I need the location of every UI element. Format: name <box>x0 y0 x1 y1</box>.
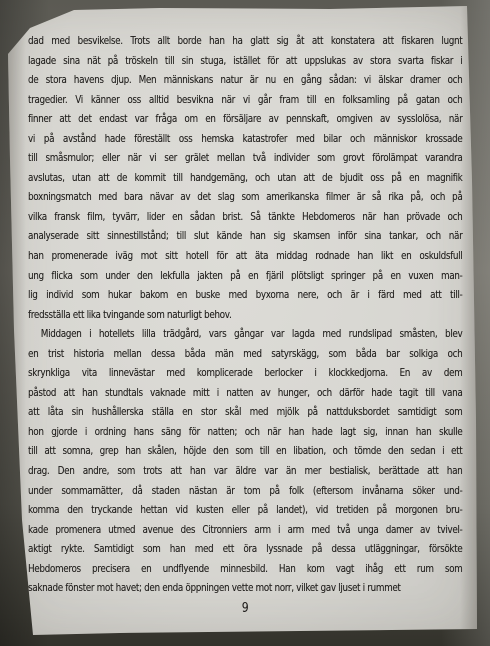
text-line: lagade sina nät på tröskeln till sin stu… <box>28 51 462 71</box>
scanned-page-photo: dad med besvikelse. Trots allt borde han… <box>0 0 490 646</box>
page-number: 9 <box>28 599 462 619</box>
text-line: kade promenera utmed avenue des Citronni… <box>28 520 462 540</box>
book-page: dad med besvikelse. Trots allt borde han… <box>0 0 490 646</box>
text-line: drag. Den andre, som trots att han var ä… <box>28 461 462 481</box>
text-line: saknade fönster mot havet; den enda öppn… <box>28 578 462 598</box>
text-line: en trist historia mellan dessa båda män … <box>28 344 462 364</box>
text-line: tragedier. Vi känner oss alltid besvikna… <box>28 90 462 110</box>
text-line: boxningsmatch med bara nävar av det slag… <box>28 187 462 207</box>
text-line: under sommarnätter, då staden nästan är … <box>28 481 462 501</box>
text-line: dad med besvikelse. Trots allt borde han… <box>28 31 462 51</box>
text-line: analyserade sitt sinnestillstånd; till s… <box>28 226 462 246</box>
text-line: avslutas, utan att de kommit till handge… <box>28 168 462 188</box>
text-line: påstod att han stundtals vaknade mitt i … <box>28 383 462 403</box>
text-line: ung flicka som under den lekfulla jakten… <box>28 266 462 286</box>
text-line: finner att det endast var fråga om en fö… <box>28 109 462 129</box>
text-line: Middagen i hotellets lilla trädgård, var… <box>28 324 462 344</box>
text-line: skrynkliga vita linnevästar med komplice… <box>28 363 462 383</box>
paragraph: Middagen i hotellets lilla trädgård, var… <box>28 324 462 598</box>
text-line: de stora havens djup. Men människans nat… <box>28 70 462 90</box>
text-line: Hebdomeros precisera en undflyende minne… <box>28 559 462 579</box>
text-line: till att somna, grep han skålen, höjde d… <box>28 441 462 461</box>
text-line: till småsmulor; eller när vi ser grälet … <box>28 148 462 168</box>
text-line: vilka fransk film, tyvärr, lider en såda… <box>28 207 462 227</box>
page-text: dad med besvikelse. Trots allt borde han… <box>28 31 462 618</box>
text-line: komma den tryckande hettan vid kusten el… <box>28 500 462 520</box>
text-line: att låta sin hushållerska ställa en stor… <box>28 402 462 422</box>
text-line: aktigt rykte. Samtidigt som han med ett … <box>28 539 462 559</box>
text-line: vi på avstånd hade föreställt oss hemska… <box>28 129 462 149</box>
text-line: hon gjorde i ordning hans säng för natte… <box>28 422 462 442</box>
text-line: fredsställa ett lika tvingande som natur… <box>28 305 462 325</box>
text-line: han promenerade iväg mot sitt hotell för… <box>28 246 462 266</box>
paragraph: dad med besvikelse. Trots allt borde han… <box>28 31 462 324</box>
text-line: lig individ som hukar bakom en buske med… <box>28 285 462 305</box>
